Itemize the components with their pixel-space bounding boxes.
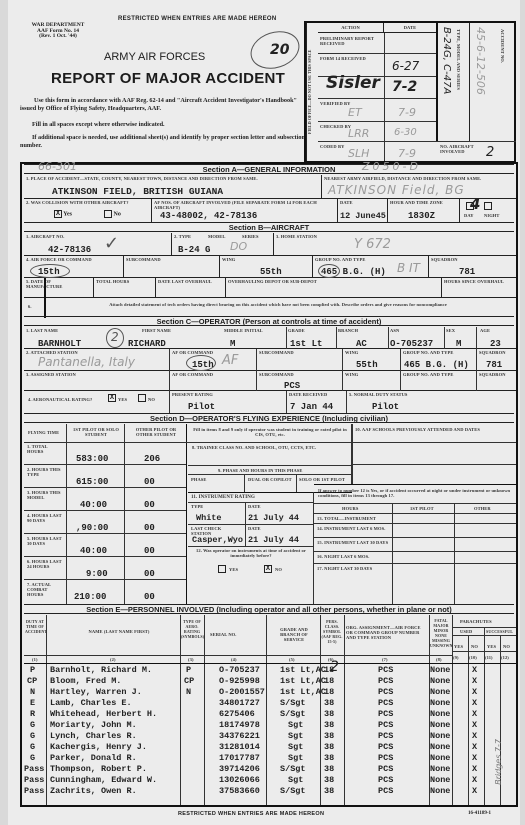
table-cell: Bloom, Fred M. [50, 676, 121, 686]
table-cell: CP [184, 676, 194, 686]
date-value: 12 June45 [340, 211, 386, 221]
af-nos-label: AF NOS. OF AIRCRAFT INVOLVED (File separ… [154, 200, 334, 210]
table-cell: 18 [324, 687, 334, 697]
action-preliminary: PRELIMINARY REPORT RECEIVED [320, 36, 382, 46]
collision-no-checkbox[interactable] [104, 210, 112, 218]
q12-no-checkbox[interactable]: X [264, 565, 272, 573]
coded-date: 7-9 [398, 147, 416, 160]
circled-number: 20 [270, 42, 289, 58]
last-check-date-label: DATE [248, 526, 261, 531]
hour-value: 1830Z [408, 211, 435, 221]
col-num: (3) [188, 657, 194, 662]
tech-orders-cell: 6. Attach detailed statement of tech ord… [24, 298, 516, 316]
action-coded-by: CODED BY [320, 144, 344, 149]
wing-value: 55th [356, 360, 378, 370]
table-cell: R [30, 709, 35, 719]
col-first-pilot: 1ST PILOT OR SOLO STUDENT [70, 427, 122, 437]
grade-label: GRADE [288, 328, 305, 333]
table-cell: PCS [378, 753, 393, 763]
table-cell: O-925998 [219, 676, 260, 686]
form-code: 16-41189-1 [468, 811, 491, 816]
col-org: ORG. ASSIGNMENT—AIR FORCE OR COMMAND GRO… [346, 625, 428, 640]
inst-date-label: DATE [248, 504, 261, 509]
margin-note-right: Z050-D [362, 160, 421, 173]
table-cell: 1st Lt,AC [280, 687, 326, 697]
tech-orders-number: 6. [28, 304, 32, 309]
table-cell: 38 [324, 775, 334, 785]
type-model-cell: TYPE, MODEL AND SERIES B-24G, C-47A [438, 23, 470, 141]
manufacture-cell: 5. DATE OF MANUFACTURE [24, 278, 94, 298]
col-num: (11) [485, 655, 493, 660]
form-revision: (Rev. 1 Oct. '44) [18, 34, 98, 40]
org-title: ARMY AIR FORCES [104, 51, 205, 63]
total-hours-cell: TOTAL HOURS [94, 278, 156, 298]
table-cell: O-705237 [219, 665, 260, 675]
student-note: Fill in items 8 and 9 only if operator w… [192, 427, 348, 437]
aero-yes-checkbox[interactable]: X [108, 394, 116, 402]
wing-value: 55th [260, 267, 282, 277]
type-value: B-24 G [178, 245, 210, 255]
table-cell: 38 [324, 764, 334, 774]
branch-value: AC [356, 339, 367, 349]
table-cell: 13026066 [219, 775, 260, 785]
other-col: OTHER [474, 506, 491, 511]
col-name: NAME (Last Name First) [84, 629, 154, 634]
group-label: GROUP NO. AND TYPE [315, 257, 365, 262]
hours-col: HOURS [342, 506, 359, 511]
inst-type-value: White [196, 513, 222, 523]
assigned-wing-label: WING [345, 372, 358, 377]
first-name-value: RICHARD [128, 339, 166, 349]
accident-no-cell: 45-6-12-506 ACCIDENT NO. [470, 23, 514, 141]
date-label: DATE [340, 200, 353, 205]
hours-since-overhaul-cell: HOURS SINCE OVERHAUL [442, 278, 516, 298]
place-of-accident-cell: 1. PLACE OF ACCIDENT—State, County, Near… [24, 175, 322, 199]
action-table: ACTION DATE PRELIMINARY REPORT RECEIVED … [318, 23, 436, 161]
accident-no-label: ACCIDENT NO. [500, 29, 505, 63]
other-pilot-hours: 00 [144, 546, 155, 556]
table-cell: N [30, 687, 35, 697]
col-num: (1) [32, 657, 38, 662]
flying-row-30-days: 5. HOURS LAST 30 DAYS 40:00 00 [24, 534, 186, 557]
hour-label: HOUR AND TIME ZONE [390, 200, 443, 205]
accident-report-page: RESTRICTED WHEN ENTRIES ARE MADE HEREON … [8, 0, 520, 825]
checkmark-icon: ✓ [104, 233, 119, 254]
section-a-header: Section A—GENERAL INFORMATION [24, 164, 514, 174]
last-check-date-value: 21 July 44 [248, 535, 299, 545]
parachutes-label: PARACHUTES [460, 619, 492, 624]
table-cell: Kachergis, Henry J. [50, 742, 147, 752]
table-cell: PCS [378, 742, 393, 752]
col-injury: FATAL MAJOR MINOR NONE MISSING UNKNOWN [430, 618, 452, 648]
af-command-label: AF OR COMMAND [172, 350, 213, 355]
table-cell: Sgt [288, 775, 303, 785]
flying-row-total: 1. TOTAL HOURS 583:00 206 [24, 442, 186, 465]
home-station-value: Y 672 [354, 237, 391, 252]
table-cell: PCS [378, 698, 393, 708]
table-cell: None [430, 665, 450, 675]
other-pilot-hours: 00 [144, 523, 155, 533]
checked-by-signature: LRR [348, 127, 369, 140]
table-cell: X [472, 698, 477, 708]
first-pilot-hours: 615:00 [76, 477, 108, 487]
row-label: 2. HOURS THIS TYPE [27, 467, 63, 477]
analyzed-date: 7-2 [392, 79, 417, 95]
assigned-subcommand-value: PCS [284, 381, 300, 391]
table-cell: None [430, 753, 450, 763]
squadron-label: SQUADRON [479, 350, 506, 355]
first-pilot-col: 1ST PILOT [410, 506, 434, 511]
table-cell: 18174978 [219, 720, 260, 730]
collision-yes-label: Yes [63, 211, 72, 217]
table-cell: Sgt [288, 742, 303, 752]
operator-name-row: 1. LAST NAME BARNHOLT 2 FIRST NAME RICHA… [24, 327, 516, 349]
table-cell: None [430, 698, 450, 708]
table-cell: S/Sgt [280, 698, 306, 708]
table-row: PBarnholt, Richard M.PO-7052371st Lt,AC1… [24, 665, 516, 676]
date-header: DATE [384, 23, 436, 33]
table-cell: 38 [324, 720, 334, 730]
table-row: GParker, Donald R.17017787Sgt38PCSNoneX [24, 753, 516, 764]
table-cell: None [430, 775, 450, 785]
table-cell: PCS [378, 720, 393, 730]
used-label: USED [460, 629, 472, 634]
day-label: DAY [464, 213, 474, 218]
group-label: GROUP NO. AND TYPE [403, 350, 453, 355]
table-cell: None [430, 742, 450, 752]
aero-rating-label: 4. AERONAUTICAL RATING? [28, 397, 92, 402]
dual-label: DUAL OR COPILOT [248, 477, 292, 482]
airfield-label: Nearest Army Airfield, Distance and Dire… [324, 176, 481, 181]
q12-yes-checkbox[interactable] [218, 565, 226, 573]
last-name-label: 1. LAST NAME [26, 328, 58, 333]
table-row: GKachergis, Henry J.31281014Sgt38PCSNone… [24, 742, 516, 753]
accident-no-value: 45-6-12-506 [474, 27, 487, 95]
table-cell: Moriarty, John M. [50, 720, 137, 730]
table-cell: PCS [378, 775, 393, 785]
col-duty: DUTY AT TIME OF ACCIDENT [25, 619, 45, 634]
collision-yes-option[interactable]: X Yes [54, 210, 72, 218]
table-cell: 6275406 [219, 709, 255, 719]
restricted-banner-top: RESTRICTED WHEN ENTRIES ARE MADE HEREON [118, 16, 277, 22]
table-cell: 34376221 [219, 731, 260, 741]
other-pilot-hours: 206 [144, 454, 160, 464]
af-command-value: 15th [192, 360, 214, 370]
present-rating-label: PRESENT RATING [172, 392, 213, 397]
subcommand-label: SUBCOMMAND [259, 350, 294, 355]
margin-note-left: 66-301 [38, 160, 77, 173]
table-cell: S/Sgt [280, 786, 306, 796]
table-cell: None [430, 709, 450, 719]
last-check-value: Casper,Wyo [192, 535, 243, 545]
asn-value: O-705237 [390, 339, 433, 349]
af-command-hand: AF [222, 353, 238, 368]
airfield-value: ATKINSON Field, BG [328, 183, 465, 197]
section-c-title: Section C—OPERATOR (Person at controls a… [157, 317, 382, 326]
trainee-label: 8. TRAINEE CLASS NO. AND SCHOOL, OTU, CC… [192, 445, 316, 450]
subcommand-cell: SUBCOMMAND [124, 256, 220, 278]
inst-date-value: 21 July 44 [248, 513, 299, 523]
section-d-header: Section D—OPERATOR'S FLYING EXPERIENCE (… [24, 413, 514, 423]
last-name-value: BARNHOLT [38, 339, 81, 349]
other-pilot-hours: 00 [144, 500, 155, 510]
other-pilot-hours: 00 [144, 592, 155, 602]
schools-label: 10. AAF SCHOOLS PREVIOUSLY ATTENDED AND … [355, 427, 480, 432]
sex-value: M [456, 339, 461, 349]
duty-status-value: Pilot [372, 402, 399, 412]
instruction-1: Use this form in accordance with AAF Reg… [20, 97, 310, 113]
instrument-rating-title: 11. INSTRUMENT RATING [191, 495, 255, 500]
day-mark: 4 [470, 195, 480, 213]
row-label: 6. HOURS LAST 24 HOURS [27, 559, 63, 569]
table-row: GMoriarty, John M.18174978Sgt38PCSNoneX [24, 720, 516, 731]
wing-label: WING [345, 350, 358, 355]
phase-label: PHASE [191, 477, 207, 482]
collision-no-label: No [114, 211, 121, 217]
nearest-airfield-cell: Nearest Army Airfield, Distance and Dire… [322, 175, 516, 199]
assigned-station-row: 3. ASSIGNED STATION AF OR COMMAND SUBCOM… [24, 371, 516, 391]
successful-no-label: No [503, 644, 510, 649]
col-num: (12) [501, 655, 509, 660]
field-office-side-label: FIELD OFFICE—DO NOT USE THIS SPACE [306, 23, 318, 161]
table-cell: 38 [324, 709, 334, 719]
hour-row-total-instrument: 13. TOTAL—INSTRUMENT [317, 516, 376, 521]
aero-no-checkbox[interactable] [138, 394, 146, 402]
wing-cell: WING 55th [220, 256, 313, 278]
col-serial: SERIAL No. [210, 632, 237, 637]
verified-date: 7-9 [398, 106, 416, 119]
table-cell: 1st Lt,AC [280, 676, 326, 686]
other-pilot-hours: 00 [144, 477, 155, 487]
aircraft-no-value: 42-78136 [48, 245, 91, 255]
table-cell: None [430, 764, 450, 774]
table-row: ELamb, Charles E.34801727S/Sgt38PCSNoneX [24, 698, 516, 709]
personnel-table: DUTY AT TIME OF ACCIDENT NAME (Last Name… [24, 615, 516, 805]
used-yes-label: Yes [454, 644, 463, 649]
table-cell: PCS [378, 687, 393, 697]
af-nos-cell: AF NOS. OF AIRCRAFT INVOLVED (File separ… [152, 199, 338, 222]
row-label: 4. HOURS LAST 90 DAYS [27, 513, 63, 523]
group-cell: GROUP NO. AND TYPE 465 B.G. (H) B IT [313, 256, 429, 278]
home-station-cell: 3. HOME STATION Y 672 [274, 233, 516, 256]
first-pilot-hours: 9:00 [86, 569, 108, 579]
table-cell: X [472, 687, 477, 697]
first-pilot-hours: 583:00 [76, 454, 108, 464]
section-b-title: Section B—AIRCRAFT [229, 223, 309, 232]
table-cell: 38 [324, 698, 334, 708]
action-form14-received: FORM 14 RECEIVED [320, 56, 366, 61]
col-other-pilot: OTHER PILOT OR OTHER STUDENT [128, 427, 184, 437]
form-identifier: WAR DEPARTMENT AAF Form No. 14 (Rev. 1 O… [18, 23, 98, 40]
section-a-title: Section A—GENERAL INFORMATION [203, 165, 336, 174]
table-cell: 17017787 [219, 753, 260, 763]
form14-received-date: 6-27 [392, 59, 419, 73]
table-cell: 38 [324, 753, 334, 763]
table-cell: Barnholt, Richard M. [50, 665, 152, 675]
field-office-box: FIELD OFFICE—DO NOT USE THIS SPACE ACTIO… [304, 21, 516, 163]
row-label: 5. HOURS LAST 30 DAYS [27, 536, 63, 546]
assigned-subcommand-label: SUBCOMMAND [259, 372, 294, 377]
flying-row-24-hours: 6. HOURS LAST 24 HOURS 9:00 00 [24, 557, 186, 580]
hour-row-night-6mo: 16. NIGHT LAST 6 MOS. [317, 554, 369, 559]
duty-status-label: 5. NORMAL DUTY STATUS [349, 392, 408, 397]
table-cell: 18 [324, 676, 334, 686]
table-cell: P [186, 665, 191, 675]
collision-cell: 2. WAS COLLISION WITH OTHER AIRCRAFT? X … [24, 199, 152, 222]
table-cell: 1st Lt,AC [280, 665, 326, 675]
type-hand-note: DO [230, 240, 247, 253]
assigned-station-label: 3. ASSIGNED STATION [26, 372, 76, 377]
table-cell: Hartley, Warren J. [50, 687, 142, 697]
aero-no-label: No [148, 397, 155, 402]
age-label: AGE [480, 328, 490, 333]
table-row: PassThompson, Robert P.39714206S/Sgt38PC… [24, 764, 516, 775]
table-cell: None [430, 731, 450, 741]
flying-row-model: 3. HOURS THIS MODEL 40:00 00 [24, 488, 186, 511]
successful-yes-label: Yes [487, 644, 496, 649]
table-cell: S/Sgt [280, 764, 306, 774]
hour-cell: HOUR AND TIME ZONE 1830Z [388, 199, 460, 222]
q12-label: 12. Was operator on instruments at time … [191, 548, 311, 558]
af-nos-value: 43-48002, 42-78136 [160, 211, 257, 221]
air-force-label: 4. AIR FORCE OR COMMAND [26, 257, 92, 262]
table-cell: 39714206 [219, 764, 260, 774]
night-note: If answer to number 12 is Yes, or if acc… [318, 488, 514, 498]
squadron-label: SQUADRON [431, 257, 458, 262]
first-name-label: FIRST NAME [142, 328, 171, 333]
col-num: (7) [382, 657, 388, 662]
assigned-squadron-label: SQUADRON [479, 372, 506, 377]
row-label: 3. HOURS THIS MODEL [27, 490, 63, 500]
table-cell: PCS [378, 665, 393, 675]
table-cell: O-2001557 [219, 687, 265, 697]
table-cell: 31281014 [219, 742, 260, 752]
instruction-3: If additional space is needed, use addit… [20, 134, 312, 150]
attached-station-row: 2. ATTACHED STATION Pantanella, Italy AF… [24, 349, 516, 371]
row-label: 7. ACTUAL COMBAT HOURS [27, 582, 63, 597]
table-cell: S/Sgt [280, 709, 306, 719]
action-header: ACTION [318, 23, 384, 33]
checked-date: 6-30 [394, 127, 417, 138]
section-c-header: Section C—OPERATOR (Person at controls a… [24, 316, 514, 326]
schools-cell: 10. AAF SCHOOLS PREVIOUSLY ATTENDED AND … [352, 424, 516, 484]
table-row: PassCunningham, Edward W.13026066Sgt38PC… [24, 775, 516, 786]
main-form-frame: Section A—GENERAL INFORMATION 66-301 Z05… [20, 162, 518, 807]
successful-label: SUCCESSFUL [486, 629, 513, 634]
operator-circled-number: 2 [111, 330, 119, 344]
table-cell: Lynch, Charles R. [50, 731, 137, 741]
group-value: 465 B.G. (H) [321, 267, 386, 277]
no-aircraft-value: 2 [486, 145, 494, 160]
col-num: (2) [110, 657, 116, 662]
night-checkbox[interactable] [484, 202, 492, 210]
tech-orders-text: Attach detailed statement of tech orders… [58, 302, 498, 307]
table-cell: Sgt [288, 720, 303, 730]
total-hours-label: TOTAL HOURS [96, 279, 129, 284]
col-num: (9) [453, 655, 459, 660]
last-overhaul-cell: DATE LAST OVERHAUL [156, 278, 226, 298]
table-cell: PCS [378, 786, 393, 796]
no-aircraft-label: NO. AIRCRAFT INVOLVED [440, 144, 480, 154]
rating-row: 4. AERONAUTICAL RATING? X Yes No PRESENT… [24, 391, 516, 413]
table-row: NHartley, Warren J.NO-20015571st Lt,AC18… [24, 687, 516, 698]
col-num: (5) [289, 657, 295, 662]
row-label: 1. TOTAL HOURS [27, 444, 63, 454]
collision-no-option[interactable]: No [104, 210, 121, 218]
aircraft-no-label: 1. AIRCRAFT NO. [26, 234, 64, 239]
wing-label: WING [222, 257, 235, 262]
table-cell: X [472, 786, 477, 796]
flying-time-table: FLYING TIME 1ST PILOT OR SOLO STUDENT OT… [24, 424, 188, 604]
flying-row-type: 2. HOURS THIS TYPE 615:00 00 [24, 465, 186, 488]
table-cell: Pass [24, 775, 44, 785]
table-cell: Sgt [288, 753, 303, 763]
squadron-value: 781 [459, 267, 475, 277]
group-hand-note: B IT [397, 261, 420, 275]
table-cell: Whitehead, Herbert H. [50, 709, 157, 719]
table-cell: 37583660 [219, 786, 260, 796]
table-cell: G [30, 742, 35, 752]
flying-row-90-days: 4. HOURS LAST 90 DAYS ,90:00 00 [24, 511, 186, 534]
hour-row-night-30d: 17. NIGHT LAST 30 DAYS [317, 566, 389, 571]
hours-since-label: HOURS SINCE OVERHAUL [444, 279, 504, 284]
q12-no-label: No [275, 567, 282, 572]
table-cell: PCS [378, 731, 393, 741]
first-pilot-hours: 40:00 [80, 500, 107, 510]
flying-row-combat: 7. ACTUAL COMBAT HOURS 210:00 00 [24, 580, 186, 604]
collision-yes-checkbox[interactable]: X [54, 210, 62, 218]
table-cell: Parker, Donald R. [50, 753, 137, 763]
air-force-value: 15th [38, 267, 60, 277]
col-rating: TYPE OF AERO. RATING (Symbols) [181, 619, 203, 639]
model-label: MODEL [208, 234, 226, 239]
branch-label: BRANCH [338, 328, 358, 333]
solo-label: SOLO OR 1ST PILOT [299, 477, 345, 482]
night-label: NIGHT [484, 213, 500, 218]
type-model-label: TYPE, MODEL AND SERIES [456, 29, 461, 90]
aero-yes-label: Yes [118, 397, 127, 402]
table-cell: 38 [324, 786, 334, 796]
table-cell: X [472, 753, 477, 763]
table-cell: PCS [378, 676, 393, 686]
present-rating-value: Pilot [188, 402, 215, 412]
col-class: PERS. CLASS. SYMBOL (AAF Reg. 15-5) [321, 619, 343, 644]
table-cell: Zachrits, Owen R. [50, 786, 137, 796]
col-num: (4) [231, 657, 237, 662]
table-cell: G [30, 731, 35, 741]
page-title: REPORT OF MAJOR ACCIDENT [51, 70, 285, 87]
table-cell: None [430, 786, 450, 796]
table-cell: N [186, 687, 191, 697]
table-cell: Pass [24, 786, 44, 796]
air-force-cell: 4. AIR FORCE OR COMMAND 15th [24, 256, 124, 278]
date-received-label: DATE RECEIVED [289, 392, 327, 397]
attached-station-value: Pantanella, Italy [38, 355, 135, 369]
action-verified-by: VERIFIED BY [320, 101, 350, 106]
middle-initial-value: M [230, 339, 235, 349]
table-row: PassZachrits, Owen R.37583660S/Sgt38PCSN… [24, 786, 516, 797]
coded-by-signature: SLH [348, 147, 369, 160]
table-cell: X [472, 720, 477, 730]
analyzed-by-signature: Sisler [326, 73, 380, 93]
table-cell: 34801727 [219, 698, 260, 708]
first-pilot-hours: 40:00 [80, 546, 107, 556]
manufacture-label: 5. DATE OF MANUFACTURE [26, 279, 86, 289]
assigned-af-label: AF OR COMMAND [172, 372, 213, 377]
depot-label: OVERHAULING DEPOT OR SUB-DEPOT [228, 279, 317, 284]
table-row: CPBloom, Fred M.CPO-9259981st Lt,AC18PCS… [24, 676, 516, 687]
instruction-2: Fill in all spaces except where otherwis… [32, 121, 165, 128]
